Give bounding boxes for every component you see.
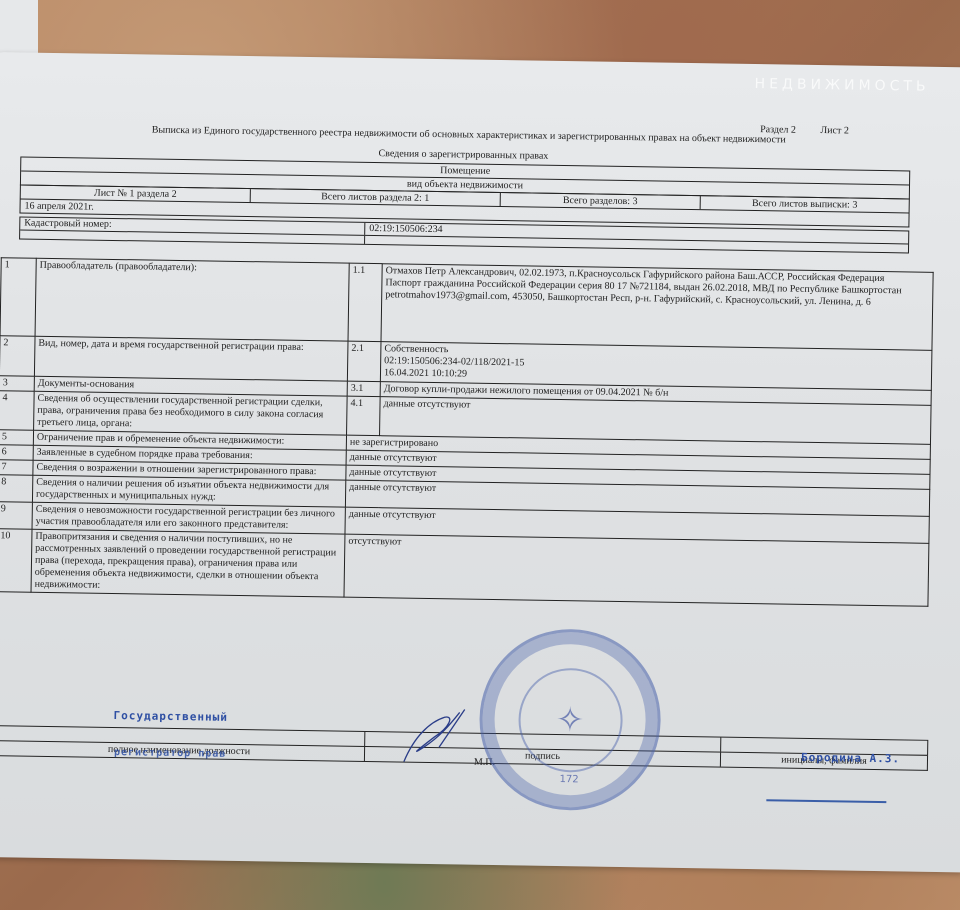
row-value: отсутствуют [344, 534, 929, 606]
row-number: 10 [0, 529, 32, 593]
handwritten-signature-icon [394, 706, 470, 767]
row-number: 5 [0, 430, 34, 446]
position-stamp-line2: регистратор прав [114, 746, 227, 762]
document-sheet: Недвижимость Раздел 2 Лист 2 Выписка из … [0, 52, 960, 872]
document-title: Выписка из Единого государственного реес… [89, 124, 849, 147]
row-subnumber: 2.1 [347, 341, 381, 382]
row-subnumber: 4.1 [347, 396, 381, 436]
russian-eagle-icon: ✧ [556, 702, 585, 736]
table-row: 1 Правообладатель (правообладатели): 1.1… [0, 258, 933, 351]
rights-table: 1 Правообладатель (правообладатели): 1.1… [0, 257, 934, 607]
position-stamp-line1: Государственный [113, 709, 228, 724]
row-label: Правопритязания и сведения о наличии пос… [31, 529, 345, 597]
row-label: Сведения об осуществлении государственно… [34, 391, 348, 435]
watermark: Недвижимость [754, 76, 929, 95]
row-number: 7 [0, 460, 33, 476]
row-subnumber: 3.1 [347, 381, 380, 397]
row-number: 1 [0, 258, 36, 337]
row-value: Отмахов Петр Александрович, 02.02.1973, … [381, 264, 933, 351]
initials-stamp: Бородина А.З. [801, 751, 900, 767]
row-number: 9 [0, 502, 32, 530]
table-row: 10 Правопритязания и сведения о наличии … [0, 529, 929, 607]
row-number: 4 [0, 391, 34, 431]
row-label: Правообладатель (правообладатели): [35, 258, 349, 341]
seal-number: 172 [560, 774, 579, 785]
row-number: 2 [0, 336, 35, 377]
row-subnumber: 1.1 [348, 263, 382, 342]
row-number: 8 [0, 475, 33, 503]
official-seal-icon: ✧ 172 [478, 628, 662, 812]
row-number: 6 [0, 445, 33, 461]
row-label: Вид, номер, дата и время государственной… [34, 336, 348, 381]
ink-underline [766, 799, 886, 803]
row-number: 3 [0, 376, 34, 392]
